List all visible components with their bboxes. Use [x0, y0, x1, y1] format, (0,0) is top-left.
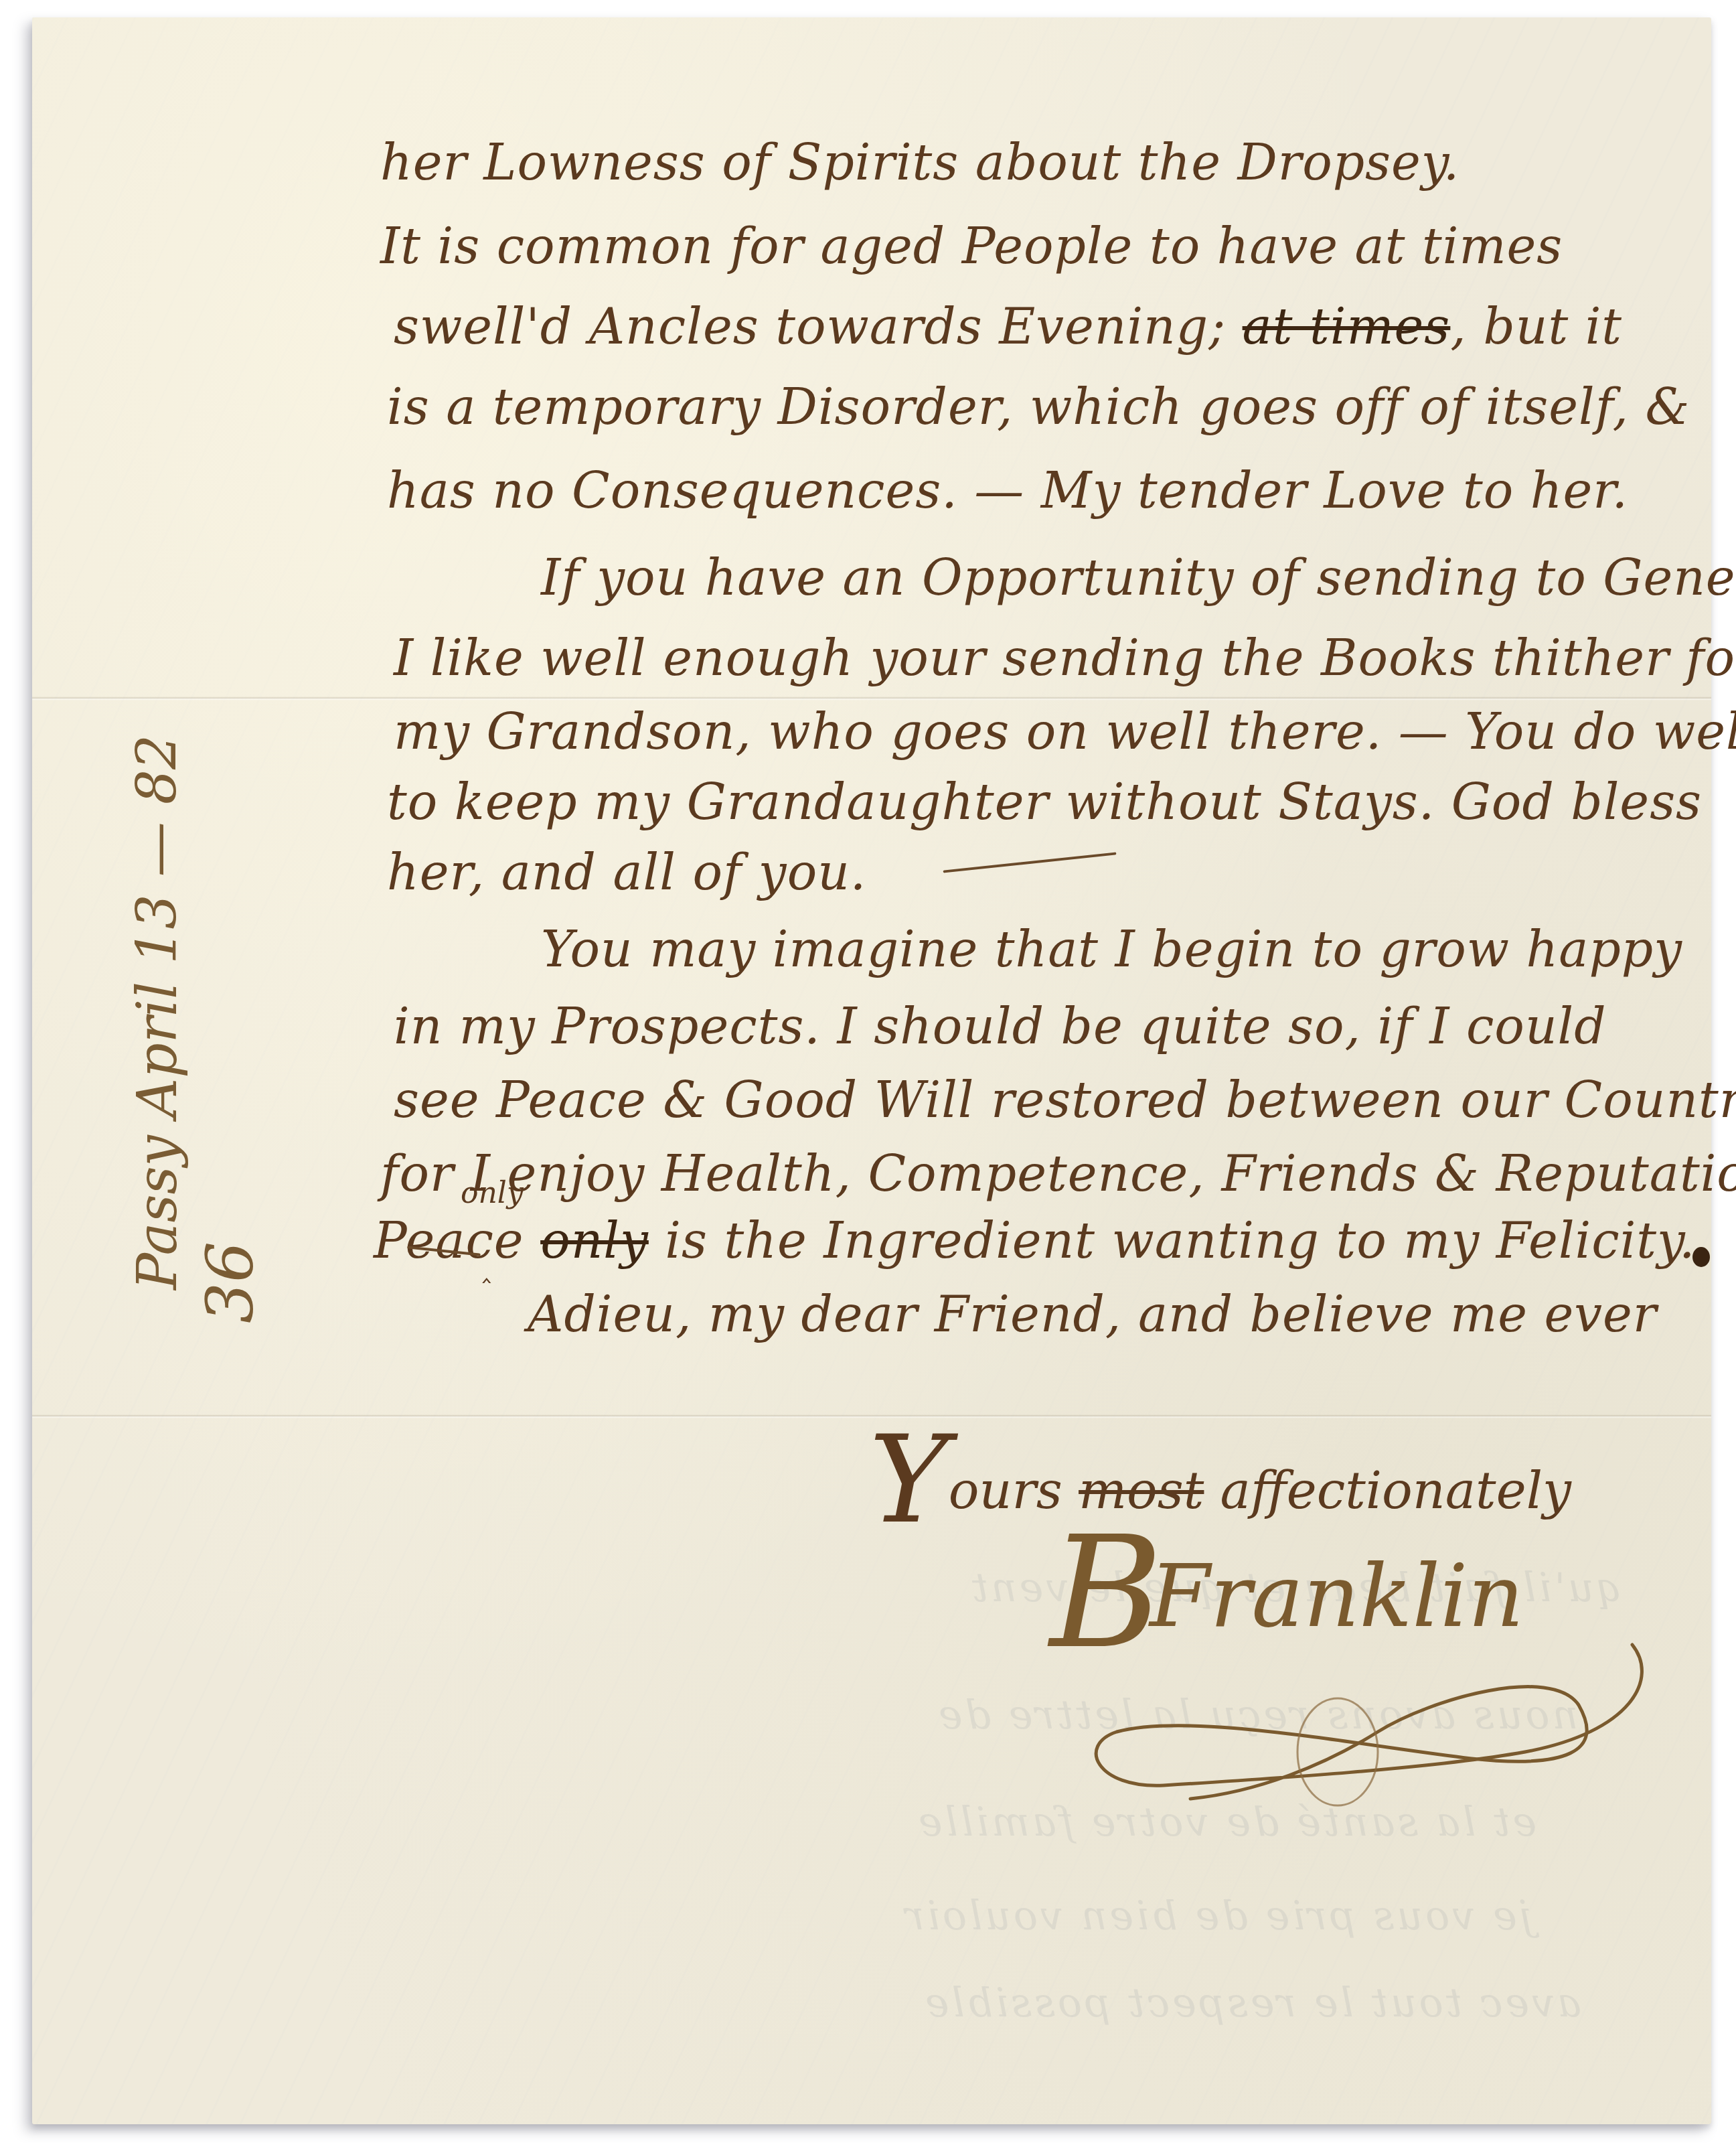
bleed-through-text: avec tout le respect possible [923, 1980, 1581, 2026]
letter-line: has no Consequences. — My tender Love to… [387, 466, 1628, 516]
line-text: Peace [374, 1212, 540, 1270]
letter-line: It is common for aged People to have at … [380, 222, 1563, 271]
letter-line: swell'd Ancles towards Evening; at times… [394, 302, 1622, 352]
dash-stroke [943, 852, 1117, 873]
letter-line: for I enjoy Health, Competence, Friends … [380, 1149, 1736, 1199]
letter-line: my Grandson, who goes on well there. — Y… [394, 707, 1736, 757]
letter-line: is a temporary Disorder, which goes off … [387, 382, 1690, 432]
docket-annotation: Passy April 13 — 82 [126, 735, 189, 1290]
letter-line: see Peace & Good Will restored between o… [394, 1076, 1736, 1125]
letter-line: her, and all of you. [387, 848, 866, 897]
letter-line: If you have an Opportunity of sending to… [541, 553, 1736, 603]
letter-paper: qu'il fait beau et que le vent nous avon… [32, 17, 1711, 2124]
docket-number: 36 [193, 1242, 268, 1323]
interlinear-insertion: only [461, 1176, 524, 1210]
fold-crease-upper [32, 696, 1711, 700]
letter-line: Peace only is the Ingredient wanting to … [374, 1216, 1696, 1266]
struck-out-text: only [540, 1212, 649, 1270]
letter-line: Adieu, my dear Friend, and believe me ev… [528, 1290, 1657, 1339]
letter-line: You may imagine that I begin to grow hap… [541, 925, 1682, 974]
letter-line: to keep my Grandaughter without Stays. G… [387, 778, 1702, 827]
insertion-caret-icon: ‸ [482, 1253, 491, 1284]
ink-blot [1692, 1247, 1710, 1267]
letter-line: in my Prospects. I should be quite so, i… [394, 1002, 1607, 1051]
letter-line: I like well enough your sending the Book… [394, 634, 1736, 683]
line-text: swell'd Ancles towards Evening; [394, 298, 1243, 356]
letter-line: her Lowness of Spirits about the Dropsey… [380, 138, 1459, 188]
signature-flourish-icon [1056, 1618, 1692, 1819]
line-text: is the Ingredient wanting to my Felicity… [649, 1212, 1696, 1270]
struck-out-text: at times [1243, 298, 1451, 356]
bleed-through-text: je vous prie de bien vouloir [902, 1893, 1532, 1939]
line-text: , but it [1450, 298, 1622, 356]
closing-initial: Y [869, 1410, 949, 1550]
